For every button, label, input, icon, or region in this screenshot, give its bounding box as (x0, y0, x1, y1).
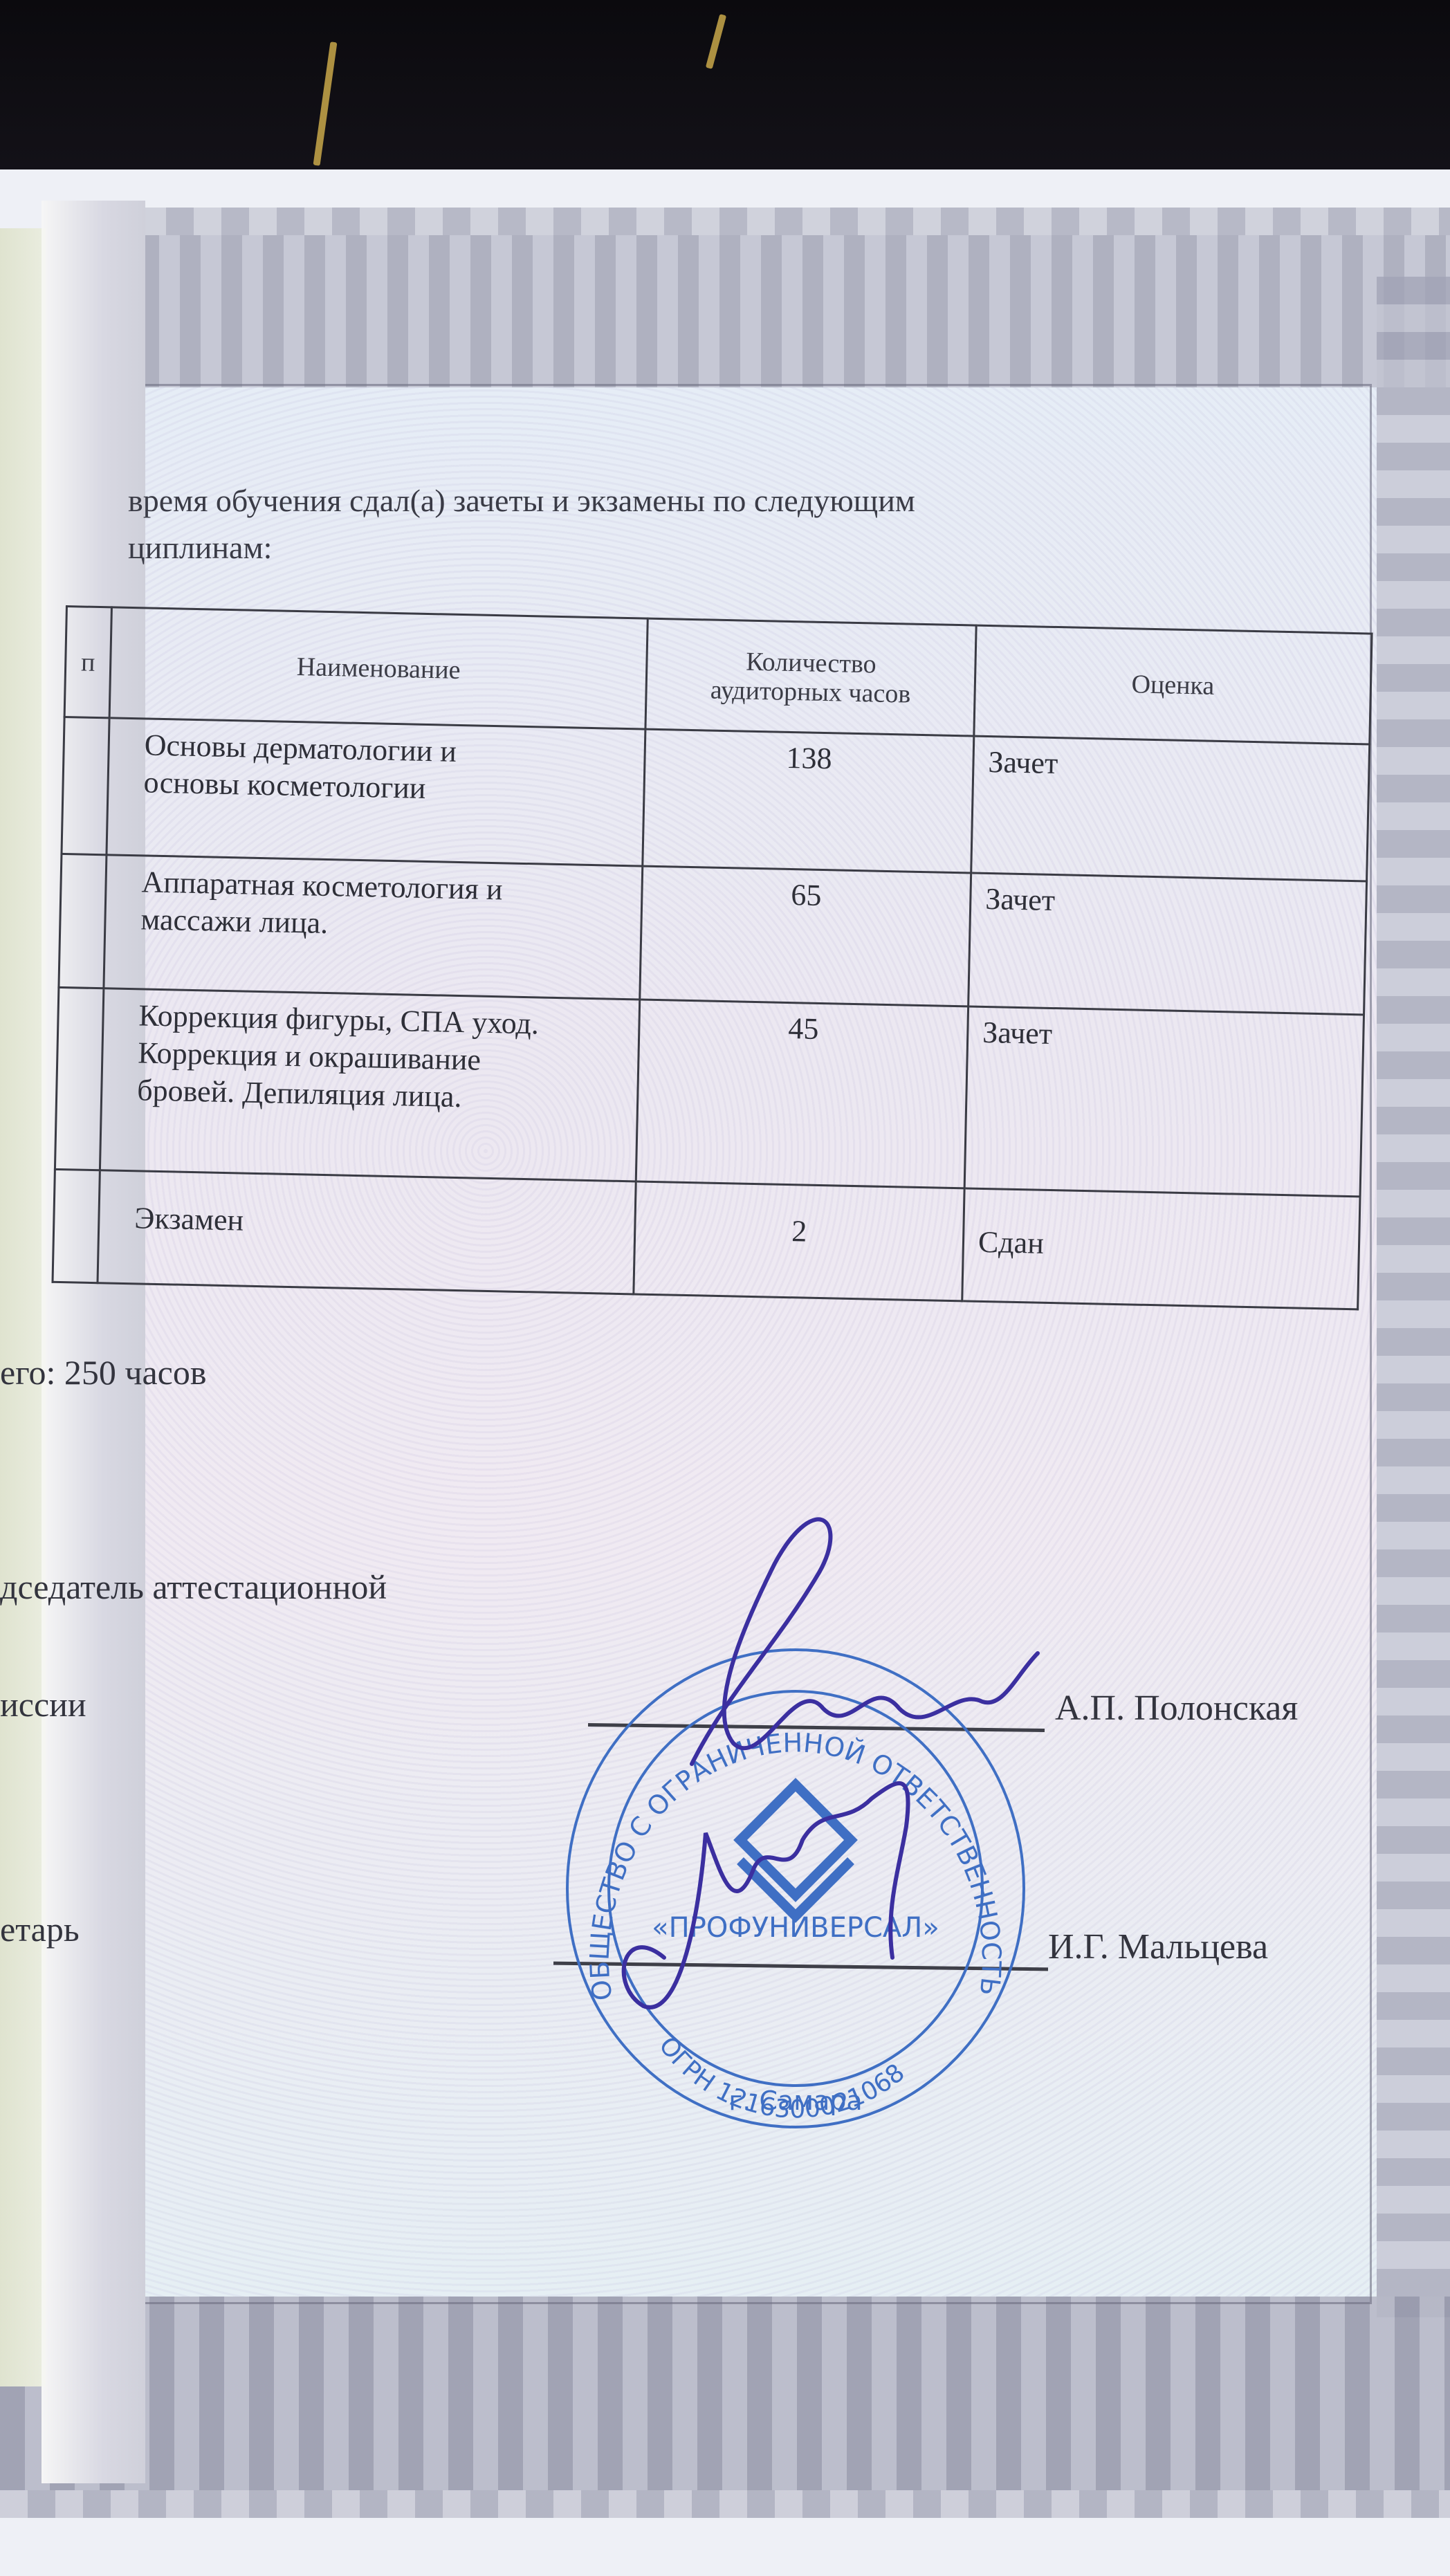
secretary-signature (624, 1783, 908, 2007)
handwritten-signatures (0, 0, 1450, 2576)
chair-signature (692, 1519, 1038, 1764)
